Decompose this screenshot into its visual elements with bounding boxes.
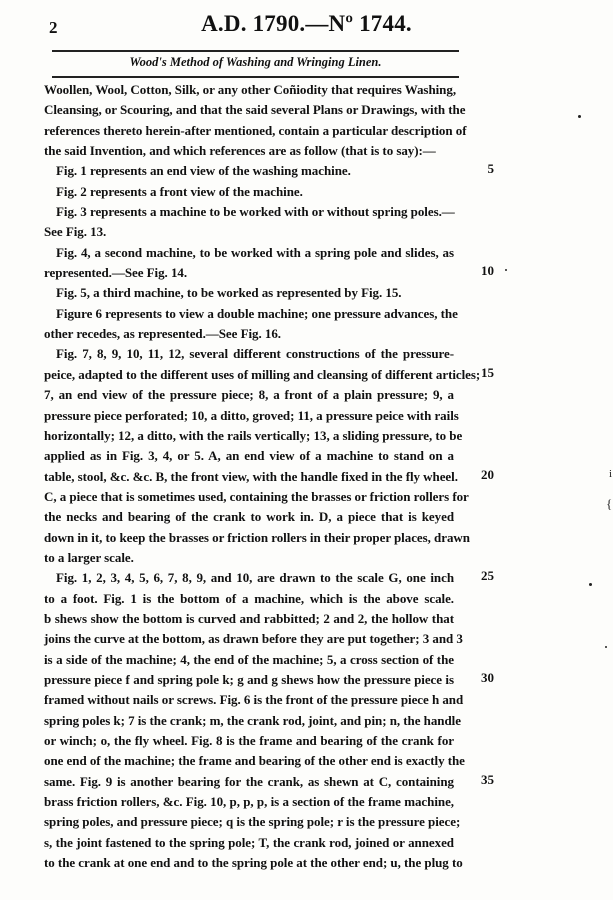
text-line: joins the curve at the bottom, as drawn … bbox=[44, 629, 454, 649]
text-line: same. Fig. 9 is another bearing for the … bbox=[44, 772, 454, 792]
line-number: 10 bbox=[464, 263, 494, 279]
line-number: 35 bbox=[464, 772, 494, 788]
text-line: the said Invention, and which references… bbox=[44, 141, 454, 161]
text-line: peice, adapted to the different uses of … bbox=[44, 365, 454, 385]
text-line: s, the joint fastened to the spring pole… bbox=[44, 833, 454, 853]
text-line: references thereto herein-after mentione… bbox=[44, 121, 454, 141]
speck-mark bbox=[589, 583, 592, 586]
text-line: Woollen, Wool, Cotton, Silk, or any othe… bbox=[44, 80, 454, 100]
text-line: See Fig. 13. bbox=[44, 222, 454, 242]
speck-mark bbox=[505, 269, 507, 271]
text-line: framed without nails or screws. Fig. 6 i… bbox=[44, 690, 454, 710]
text-line: spring poles, and pressure piece; q is t… bbox=[44, 812, 454, 832]
text-line: down in it, to keep the brasses or frict… bbox=[44, 528, 454, 548]
text-line: to the crank at one end and to the sprin… bbox=[44, 853, 454, 873]
line-number: 20 bbox=[464, 467, 494, 483]
speck-mark bbox=[605, 646, 607, 648]
text-line: Fig. 3 represents a machine to be worked… bbox=[44, 202, 454, 222]
text-line: represented.—See Fig. 14. bbox=[44, 263, 454, 283]
text-line: Fig. 2 represents a front view of the ma… bbox=[44, 182, 454, 202]
line-number: 15 bbox=[464, 365, 494, 381]
document-page: 2 A.D. 1790.—Nº 1744. Wood's Method of W… bbox=[0, 0, 613, 900]
text-line: pressure piece f and spring pole k; g an… bbox=[44, 670, 454, 690]
text-line: applied as in Fig. 3, 4, or 5. A, an end… bbox=[44, 446, 454, 466]
text-line: is a side of the machine; 4, the end of … bbox=[44, 650, 454, 670]
running-title: Wood's Method of Washing and Wringing Li… bbox=[0, 55, 511, 70]
edge-glyph: i bbox=[609, 468, 612, 480]
text-line: the necks and bearing of the crank to wo… bbox=[44, 507, 454, 527]
speck-mark bbox=[578, 115, 581, 118]
text-line: one end of the machine; the frame and be… bbox=[44, 751, 454, 771]
text-line: to a larger scale. bbox=[44, 548, 454, 568]
text-line: pressure piece perforated; 10, a ditto, … bbox=[44, 406, 454, 426]
text-line: Fig. 1, 2, 3, 4, 5, 6, 7, 8, 9, and 10, … bbox=[44, 568, 454, 588]
text-line: Fig. 7, 8, 9, 10, 11, 12, several differ… bbox=[44, 344, 454, 364]
body-text: Woollen, Wool, Cotton, Silk, or any othe… bbox=[44, 80, 454, 873]
line-number: 30 bbox=[464, 670, 494, 686]
header-rule-bottom bbox=[52, 76, 459, 78]
edge-bracket: { bbox=[606, 496, 612, 512]
text-line: 7, an end view of the pressure piece; 8,… bbox=[44, 385, 454, 405]
text-line: Fig. 1 represents an end view of the was… bbox=[44, 161, 454, 181]
text-line: table, stool, &c. &c. B, the front view,… bbox=[44, 467, 454, 487]
text-line: Cleansing, or Scouring, and that the sai… bbox=[44, 100, 454, 120]
text-line: brass friction rollers, &c. Fig. 10, p, … bbox=[44, 792, 454, 812]
text-line: other recedes, as represented.—See Fig. … bbox=[44, 324, 454, 344]
text-line: Figure 6 represents to view a double mac… bbox=[44, 304, 454, 324]
page-title: A.D. 1790.—Nº 1744. bbox=[0, 11, 613, 37]
text-line: or winch; o, the fly wheel. Fig. 8 is th… bbox=[44, 731, 454, 751]
text-line: Fig. 4, a second machine, to be worked w… bbox=[44, 243, 454, 263]
text-line: Fig. 5, a third machine, to be worked as… bbox=[44, 283, 454, 303]
text-line: b shews show the bottom is curved and ra… bbox=[44, 609, 454, 629]
text-line: spring poles k; 7 is the crank; m, the c… bbox=[44, 711, 454, 731]
line-number: 5 bbox=[464, 161, 494, 177]
line-number: 25 bbox=[464, 568, 494, 584]
header-rule-top bbox=[52, 50, 459, 52]
text-line: to a foot. Fig. 1 is the bottom of a mac… bbox=[44, 589, 454, 609]
text-line: C, a piece that is sometimes used, conta… bbox=[44, 487, 454, 507]
text-line: horizontally; 12, a ditto, with the rail… bbox=[44, 426, 454, 446]
